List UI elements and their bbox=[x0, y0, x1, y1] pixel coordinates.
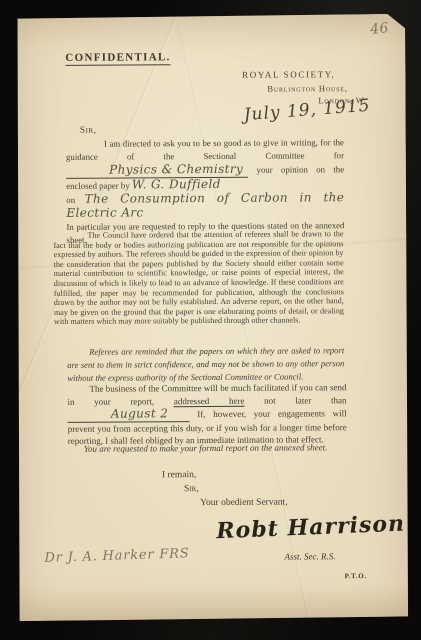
pto-note: P.T.O. bbox=[345, 572, 367, 580]
closing-obedient-servant: Your obedient Servant, bbox=[200, 498, 287, 509]
deadline-blank: August 2 bbox=[68, 407, 190, 422]
paper-title-handwritten: The Consumption of Carbon in the Electri… bbox=[66, 190, 344, 220]
page-number-annotation: 46 bbox=[370, 21, 390, 37]
para4-part2: not later than bbox=[264, 395, 346, 406]
signature-robt-harrison: Robt Harrison bbox=[216, 511, 406, 545]
para1-part3: on bbox=[66, 195, 75, 205]
paragraph-confidence-reminder: Referees are reminded that the papers on… bbox=[67, 344, 344, 385]
paragraph-council-rules: The Council have ordered that the attent… bbox=[53, 229, 344, 327]
confidential-heading: CONFIDENTIAL. bbox=[65, 51, 170, 66]
recipient-pencil-annotation: Dr J. A. Harker FRS bbox=[44, 547, 189, 565]
addressed-here-underlined: addressed here bbox=[174, 395, 245, 406]
closing-i-remain: I remain, bbox=[162, 470, 196, 480]
deadline-handwritten: August 2 bbox=[111, 406, 169, 420]
signature-title: Asst. Sec. R.S. bbox=[284, 551, 335, 561]
para1-part1: I am directed to ask you to be so good a… bbox=[66, 137, 344, 162]
address-line-1: Burlington House, bbox=[267, 83, 347, 93]
letter-page: 46 CONFIDENTIAL. ROYAL SOCIETY, Burlingt… bbox=[15, 14, 409, 621]
paragraph-formal-report: You are requested to make your formal re… bbox=[68, 442, 345, 454]
society-name: ROYAL SOCIETY, bbox=[242, 69, 335, 80]
salutation: Sir, bbox=[80, 126, 97, 136]
author-handwritten: W. G. Duffield bbox=[132, 177, 221, 192]
paragraph-deadline: The business of the Committee will be mu… bbox=[67, 381, 346, 447]
closing-sir: Sir, bbox=[184, 484, 199, 494]
date-handwritten: July 19, 1915 bbox=[243, 98, 371, 125]
committee-handwritten: Physics & Chemistry bbox=[109, 162, 243, 177]
